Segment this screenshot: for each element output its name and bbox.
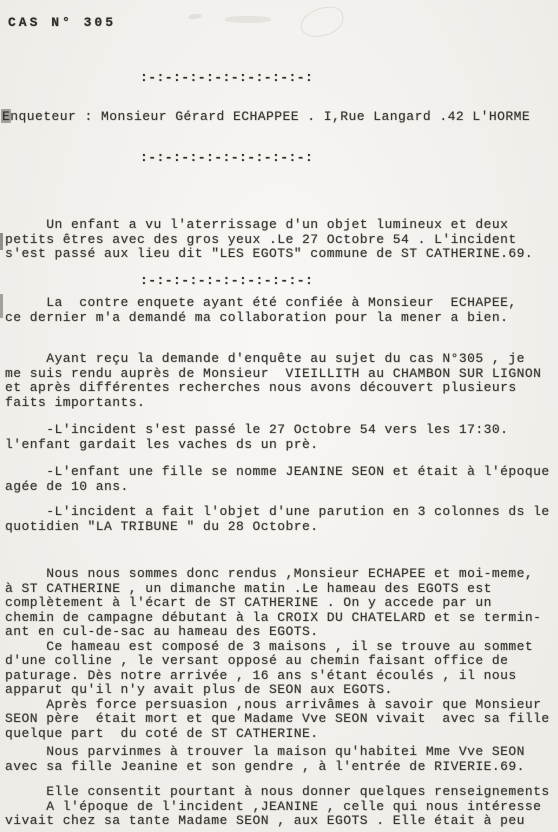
- separator-line-second: :-:-:-:-:-:-:-:-:-:-:: [0, 151, 558, 166]
- paragraph-inquiry-request: Ayant reçu la demande d'enquête au sujet…: [0, 352, 558, 410]
- document-page: CAS N° 305 :-:-:-:-:-:-:-:-:-:-: Enquete…: [0, 0, 558, 832]
- fact-child-identity: -L'enfant une fille se nomme JEANINE SEO…: [0, 465, 558, 494]
- paragraph-visit-egots: Nous nous sommes donc rendus ,Monsieur E…: [0, 567, 558, 741]
- fact-incident-date: -L'incident s'est passé le 27 Octobre 54…: [0, 423, 558, 452]
- investigator-line: Enqueteur : Monsieur Gérard ECHAPPEE . I…: [0, 110, 558, 125]
- paragraph-renseignements: Elle consentit pourtant à nous donner qu…: [0, 785, 558, 829]
- separator-line-top: :-:-:-:-:-:-:-:-:-:-:: [0, 71, 558, 86]
- paragraph-incident-summary: Un enfant a vu l'aterrissage d'un objet …: [0, 218, 558, 262]
- paragraph-house-riverie: Nous parvinmes à trouver la maison qu'ha…: [0, 745, 558, 774]
- separator-line-third: :-:-:-:-:-:-:-:-:-:-:: [0, 274, 558, 289]
- case-number-label: CAS N° 305: [0, 0, 558, 31]
- paragraph-counter-inquiry: La contre enquete ayant été confiée à Mo…: [0, 296, 558, 325]
- fact-press-coverage: -L'incident a fait l'objet d'une parutio…: [0, 505, 558, 534]
